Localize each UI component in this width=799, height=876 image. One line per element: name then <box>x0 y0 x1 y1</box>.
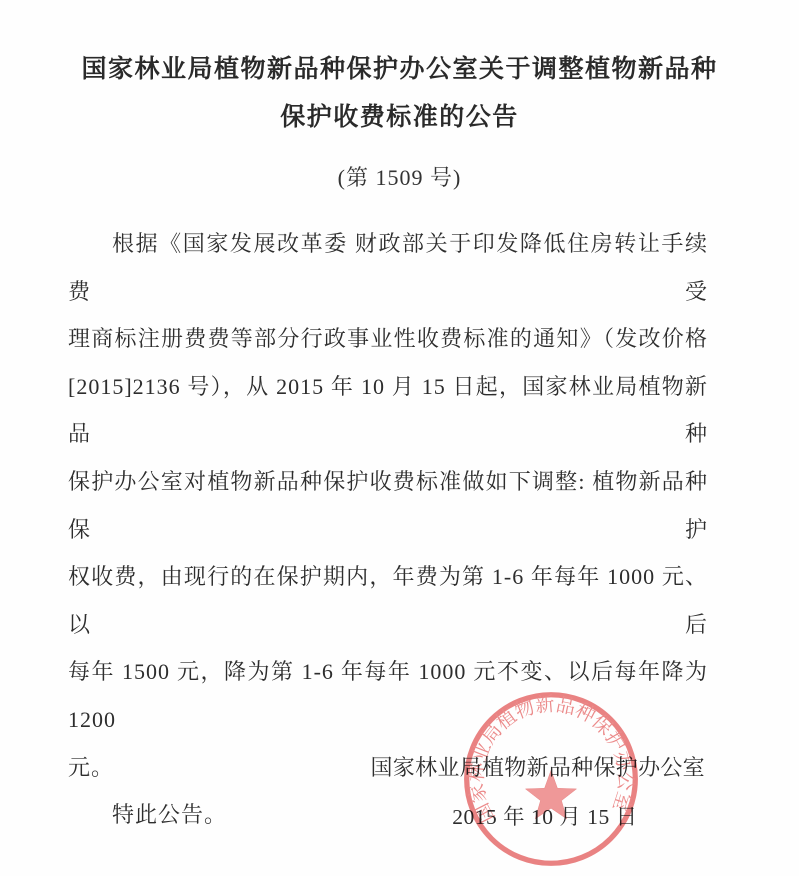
document-number: (第 1509 号) <box>0 158 799 198</box>
body-line: 保护办公室对植物新品种保护收费标准做如下调整: 植物新品种保护 <box>68 458 708 553</box>
body-line: 根据《国家发展改革委 财政部关于印发降低住房转让手续费受 <box>68 220 708 315</box>
body-line: 理商标注册费费等部分行政事业性收费标准的通知》（发改价格 <box>68 315 708 363</box>
body-line: 每年 1500 元，降为第 1-6 年每年 1000 元不变、以后每年降为 12… <box>68 648 708 743</box>
title-line-1: 国家林业局植物新品种保护办公室关于调整植物新品种 <box>0 46 799 94</box>
title-line-2: 保护收费标准的公告 <box>0 94 799 142</box>
document-body: 根据《国家发展改革委 财政部关于印发降低住房转让手续费受 理商标注册费费等部分行… <box>68 220 708 839</box>
body-line: 权收费，由现行的在保护期内，年费为第 1-6 年每年 1000 元、以后 <box>68 553 708 648</box>
document-title: 国家林业局植物新品种保护办公室关于调整植物新品种 保护收费标准的公告 <box>0 46 799 142</box>
signature-line: 国家林业局植物新品种保护办公室 <box>370 751 705 782</box>
date-line: 2015 年 10 月 15 日 <box>452 800 637 831</box>
body-line: [2015]2136 号），从 2015 年 10 月 15 日起，国家林业局植… <box>68 363 708 458</box>
announcement-document-page: 国家林业局植物新品种保护办公室关于调整植物新品种 保护收费标准的公告 (第 15… <box>0 0 799 876</box>
